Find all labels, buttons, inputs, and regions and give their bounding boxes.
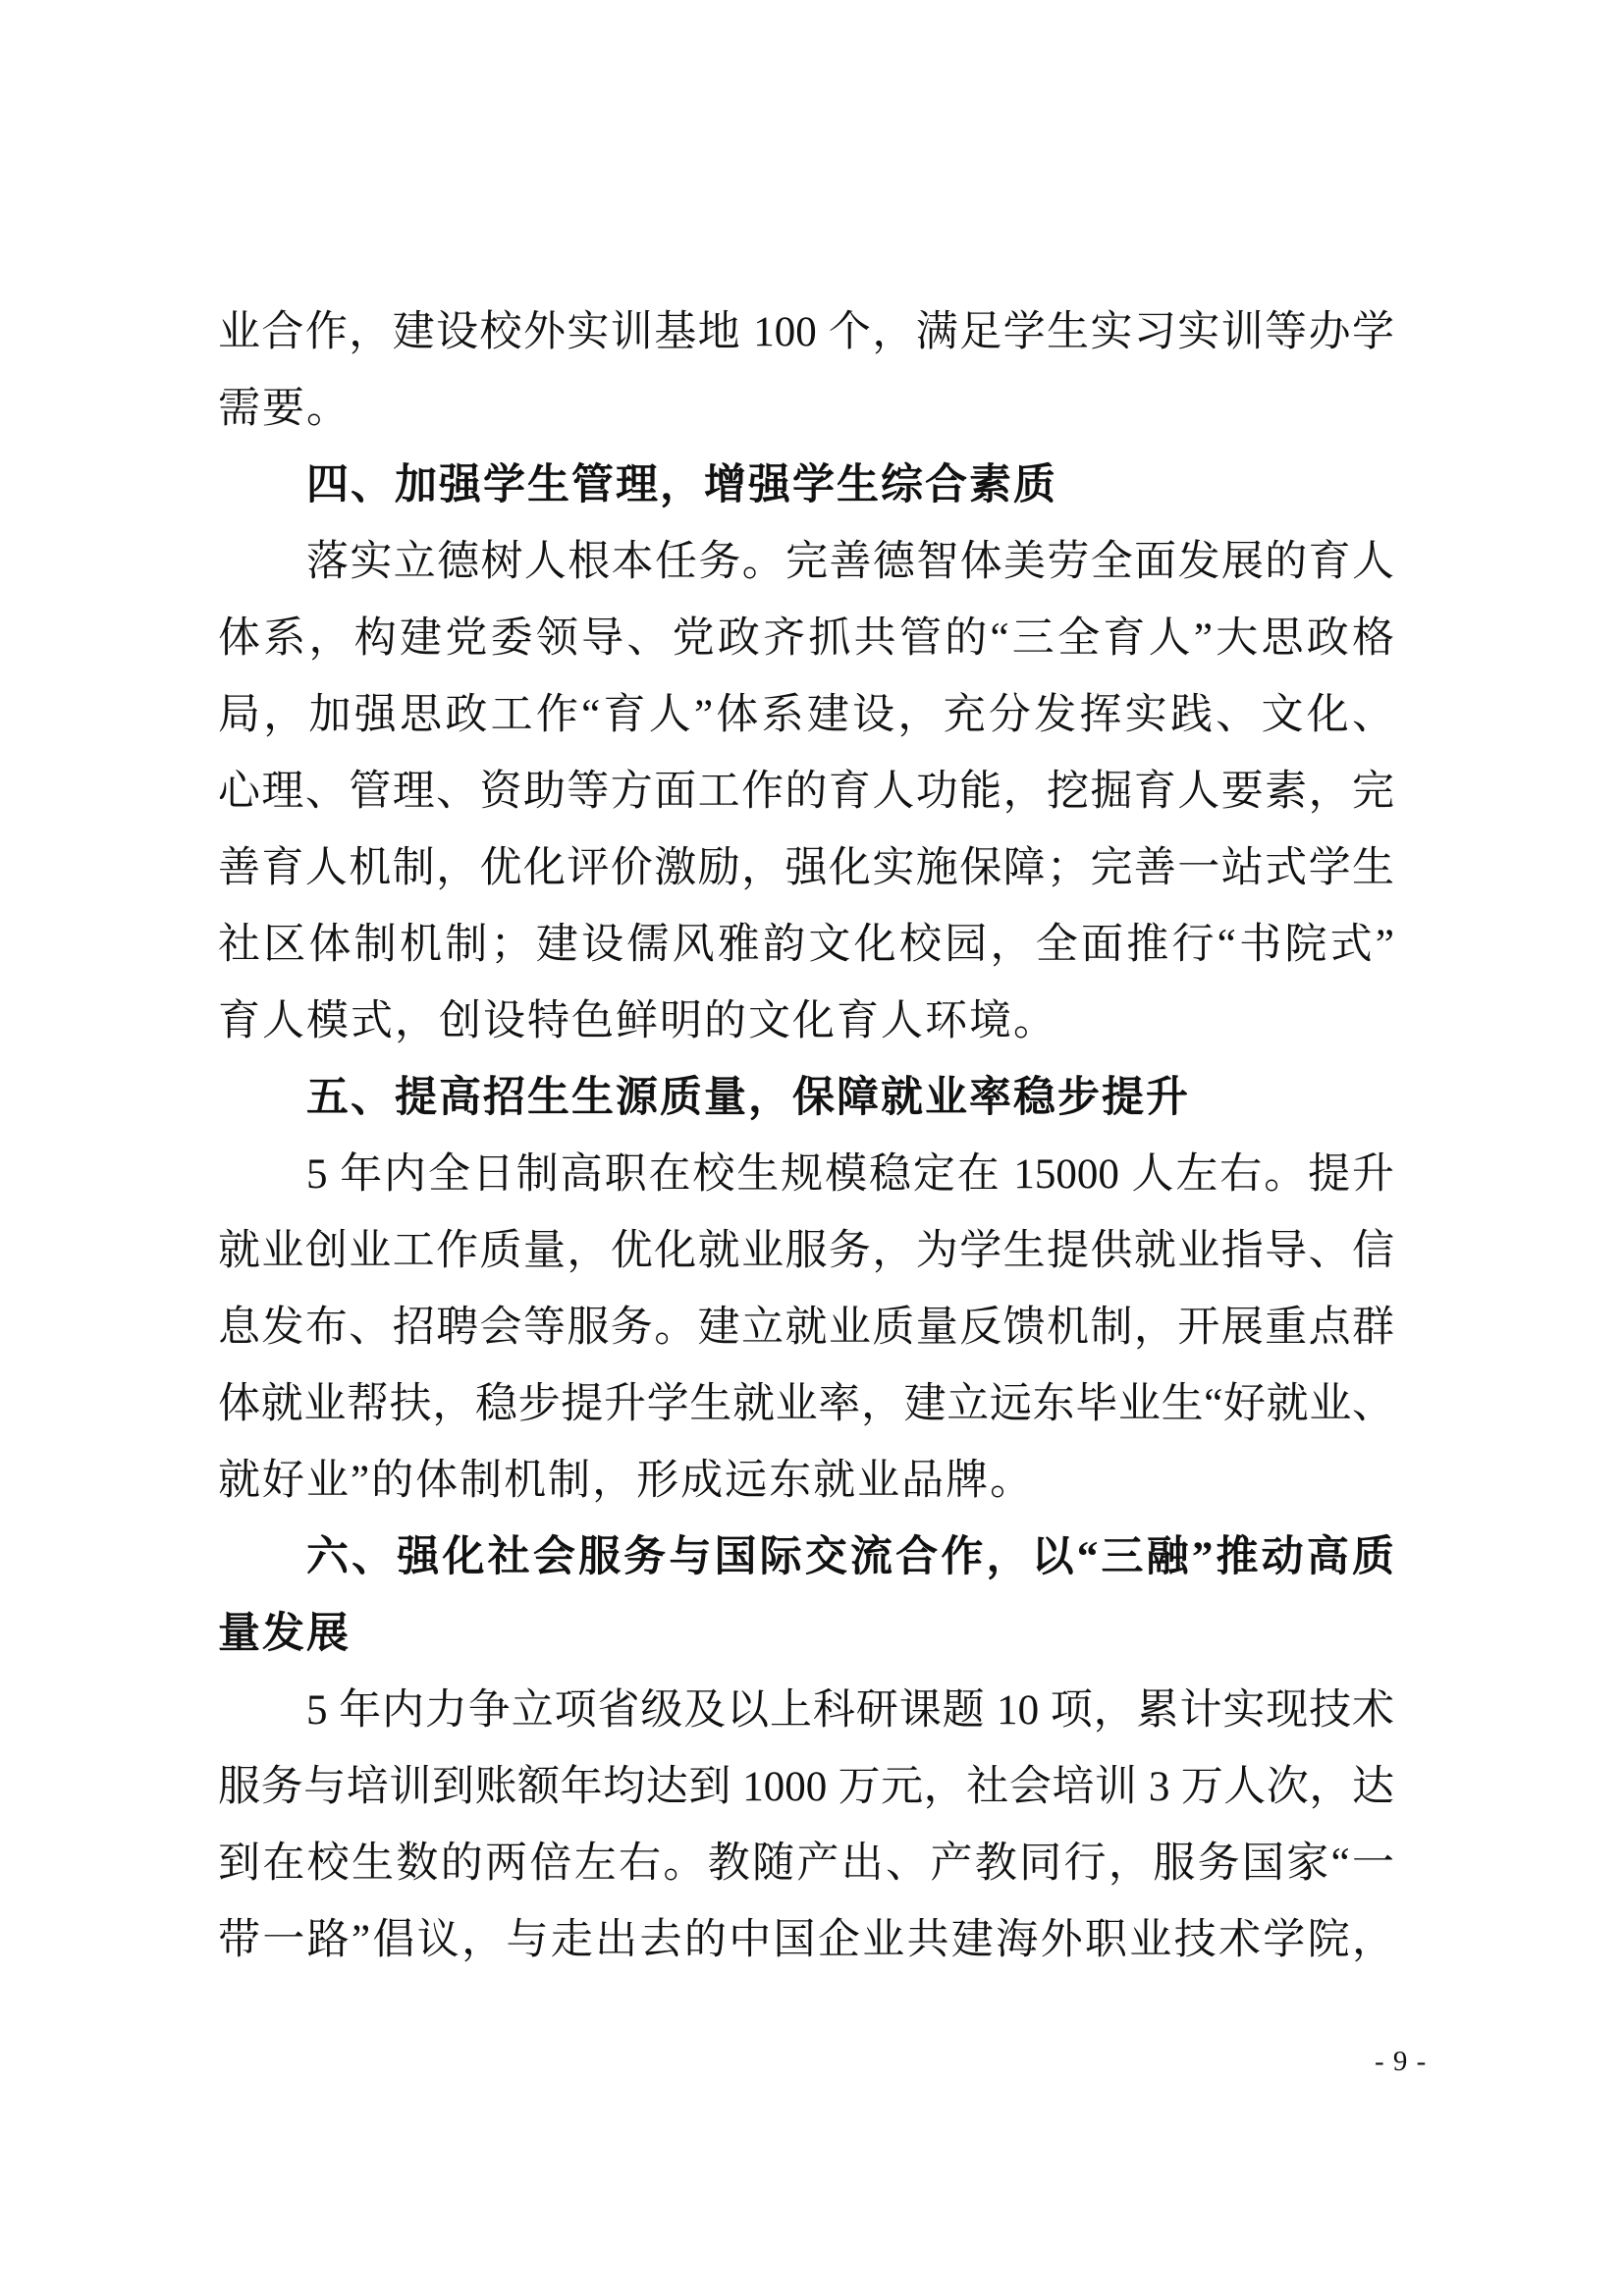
section-6-heading: 六、强化社会服务与国际交流合作，以“三融”推动高质 [218,1520,1394,1596]
document-page: 业合作，建设校外实训基地 100 个，满足学生实习实训等办学 需要。 四、加强学… [0,0,1623,2296]
paragraph-line: 育人模式，创设特色鲜明的文化育人环境。 [218,984,1394,1060]
section-4-heading: 四、加强学生管理，增强学生综合素质 [218,448,1394,524]
paragraph-line: 就业创业工作质量，优化就业服务，为学生提供就业指导、信 [218,1213,1394,1290]
paragraph-line: 带一路”倡议，与走出去的中国企业共建海外职业技术学院， [218,1902,1394,1979]
section-6-heading-continued: 量发展 [218,1596,1394,1673]
page-footer: - 9 - [1375,2045,1427,2078]
paragraph-line: 心理、管理、资助等方面工作的育人功能，挖掘育人要素，完 [218,754,1394,830]
paragraph-line: 业合作，建设校外实训基地 100 个，满足学生实习实训等办学 [218,294,1394,371]
paragraph-line: 就好业”的体制机制，形成远东就业品牌。 [218,1443,1394,1520]
paragraph-line: 服务与培训到账额年均达到 1000 万元，社会培训 3 万人次，达 [218,1749,1394,1826]
paragraph-line: 到在校生数的两倍左右。教随产出、产教同行，服务国家“一 [218,1826,1394,1902]
paragraph-line: 5 年内全日制高职在校生规模稳定在 15000 人左右。提升 [218,1137,1394,1213]
section-5-heading: 五、提高招生生源质量，保障就业率稳步提升 [218,1060,1394,1137]
paragraph-line: 5 年内力争立项省级及以上科研课题 10 项，累计实现技术 [218,1673,1394,1749]
document-body: 业合作，建设校外实训基地 100 个，满足学生实习实训等办学 需要。 四、加强学… [218,294,1394,1979]
paragraph-line: 局，加强思政工作“育人”体系建设，充分发挥实践、文化、 [218,677,1394,754]
paragraph-line: 落实立德树人根本任务。完善德智体美劳全面发展的育人 [218,524,1394,601]
paragraph-line: 善育人机制，优化评价激励，强化实施保障；完善一站式学生 [218,830,1394,907]
paragraph-line: 社区体制机制；建设儒风雅韵文化校园，全面推行“书院式” [218,907,1394,984]
paragraph-line: 体就业帮扶，稳步提升学生就业率，建立远东毕业生“好就业、 [218,1366,1394,1443]
page-number: - 9 - [1375,2046,1427,2077]
paragraph-line: 需要。 [218,371,1394,448]
paragraph-line: 体系，构建党委领导、党政齐抓共管的“三全育人”大思政格 [218,601,1394,677]
paragraph-line: 息发布、招聘会等服务。建立就业质量反馈机制，开展重点群 [218,1290,1394,1366]
